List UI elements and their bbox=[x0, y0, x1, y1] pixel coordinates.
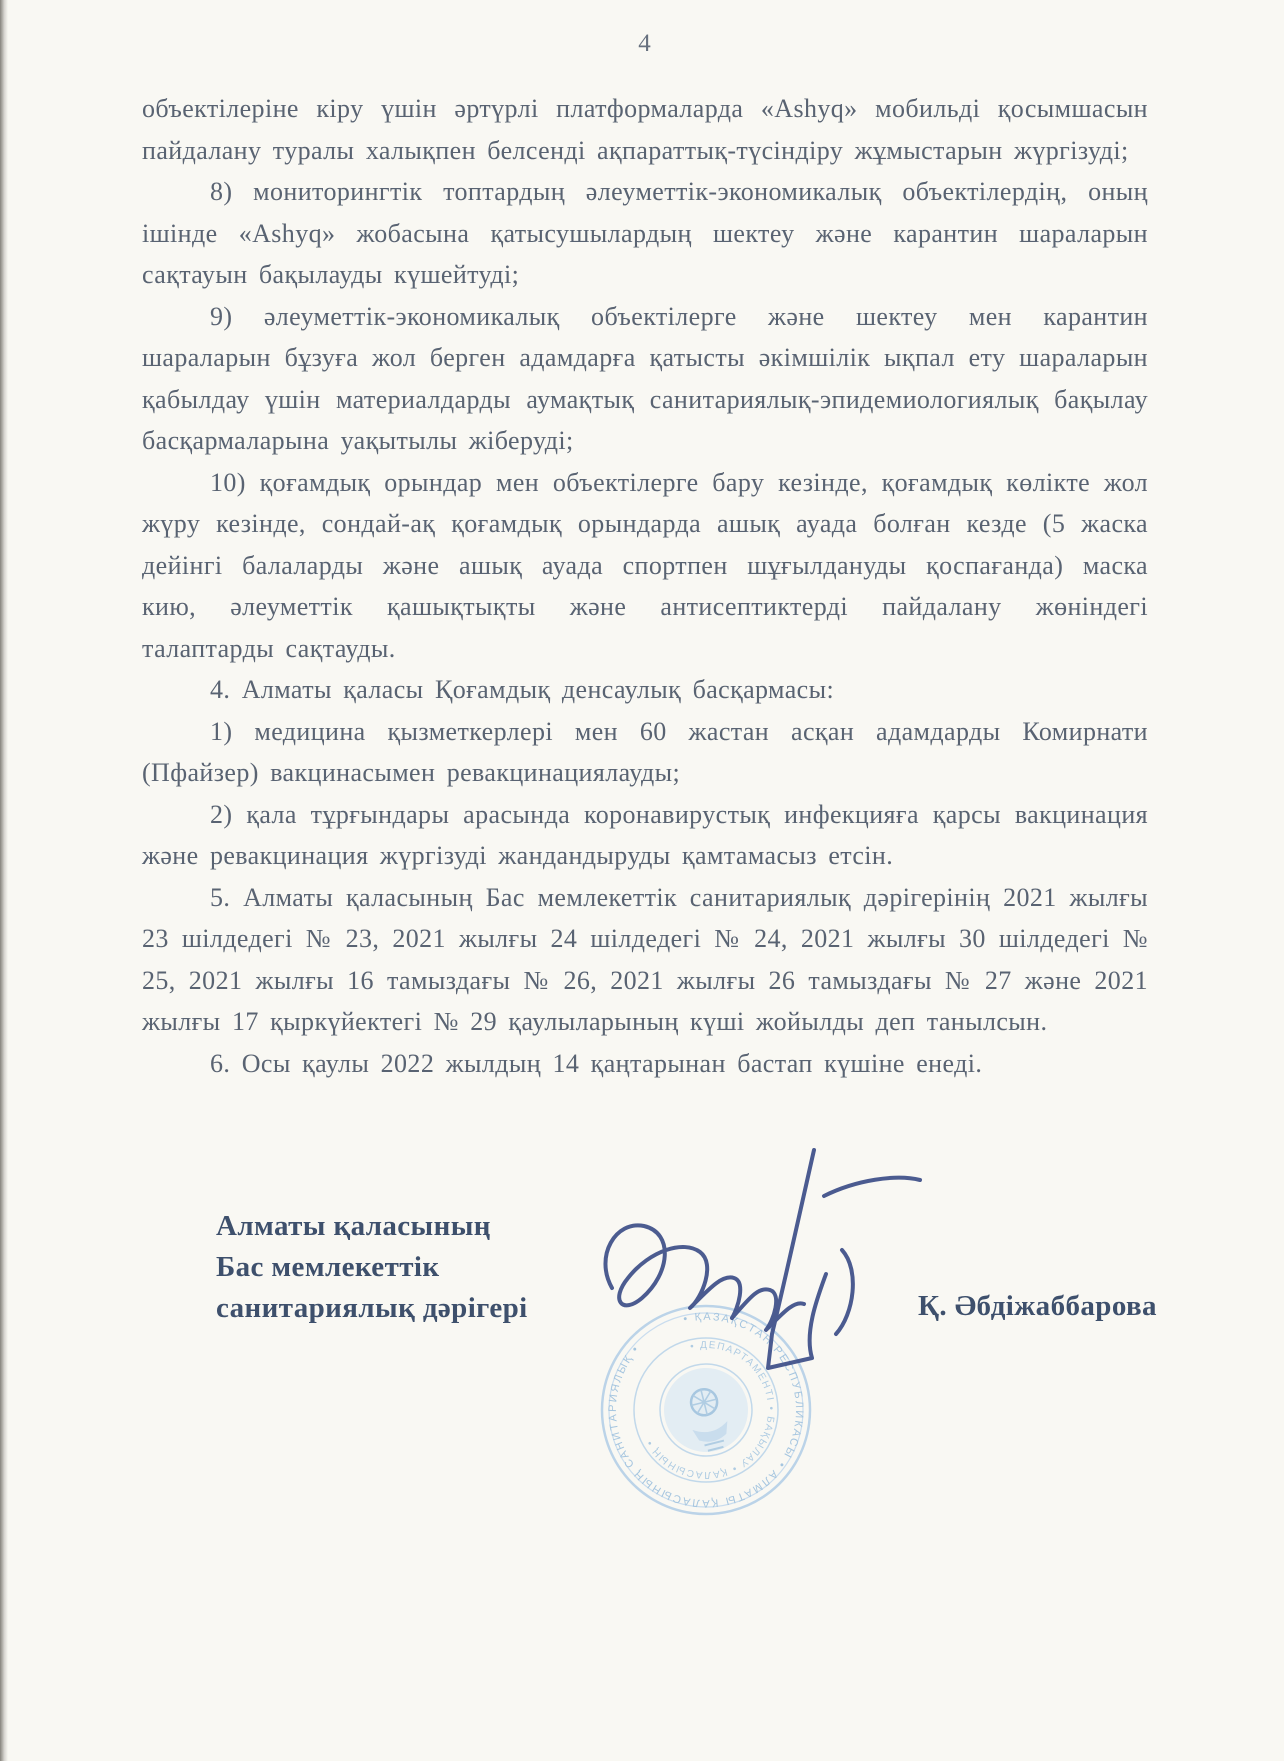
page-number: 4 bbox=[142, 30, 1148, 58]
signee-name: Қ. Әбдіжаббарова bbox=[918, 1290, 1157, 1323]
paragraph: 8) мониторингтік топтардың әлеуметтік-эк… bbox=[142, 171, 1148, 296]
paragraph: 10) қоғамдық орындар мен объектілерге ба… bbox=[142, 462, 1148, 670]
document-body: объектілеріне кіру үшін әртүрлі платформ… bbox=[142, 88, 1148, 1084]
paragraph: объектілеріне кіру үшін әртүрлі платформ… bbox=[142, 88, 1148, 171]
paragraph: 6. Осы қаулы 2022 жылдың 14 қаңтарынан б… bbox=[142, 1043, 1148, 1085]
signature-title-block: Алматы қаласыныңБас мемлекеттіксанитария… bbox=[216, 1206, 528, 1329]
paragraph: 2) қала тұрғындары арасында коронавируст… bbox=[142, 794, 1148, 877]
paragraph: 4. Алматы қаласы Қоғамдық денсаулық басқ… bbox=[142, 669, 1148, 711]
paragraph: 9) әлеуметтік-экономикалық объектілерге … bbox=[142, 296, 1148, 462]
paragraph: 5. Алматы қаласының Бас мемлекеттік сани… bbox=[142, 877, 1148, 1043]
handwritten-signature-icon bbox=[598, 1128, 928, 1418]
signature-title-line: Алматы қаласының bbox=[216, 1206, 528, 1247]
scanned-document-page: 4 объектілеріне кіру үшін әртүрлі платфо… bbox=[0, 0, 1284, 1761]
paragraph: 1) медицина қызметкерлері мен 60 жастан … bbox=[142, 711, 1148, 794]
signature-title-line: Бас мемлекеттік bbox=[216, 1247, 528, 1288]
signature-title-line: санитариялық дәрігері bbox=[216, 1288, 528, 1329]
scan-edge-artifact bbox=[0, 0, 8, 1761]
